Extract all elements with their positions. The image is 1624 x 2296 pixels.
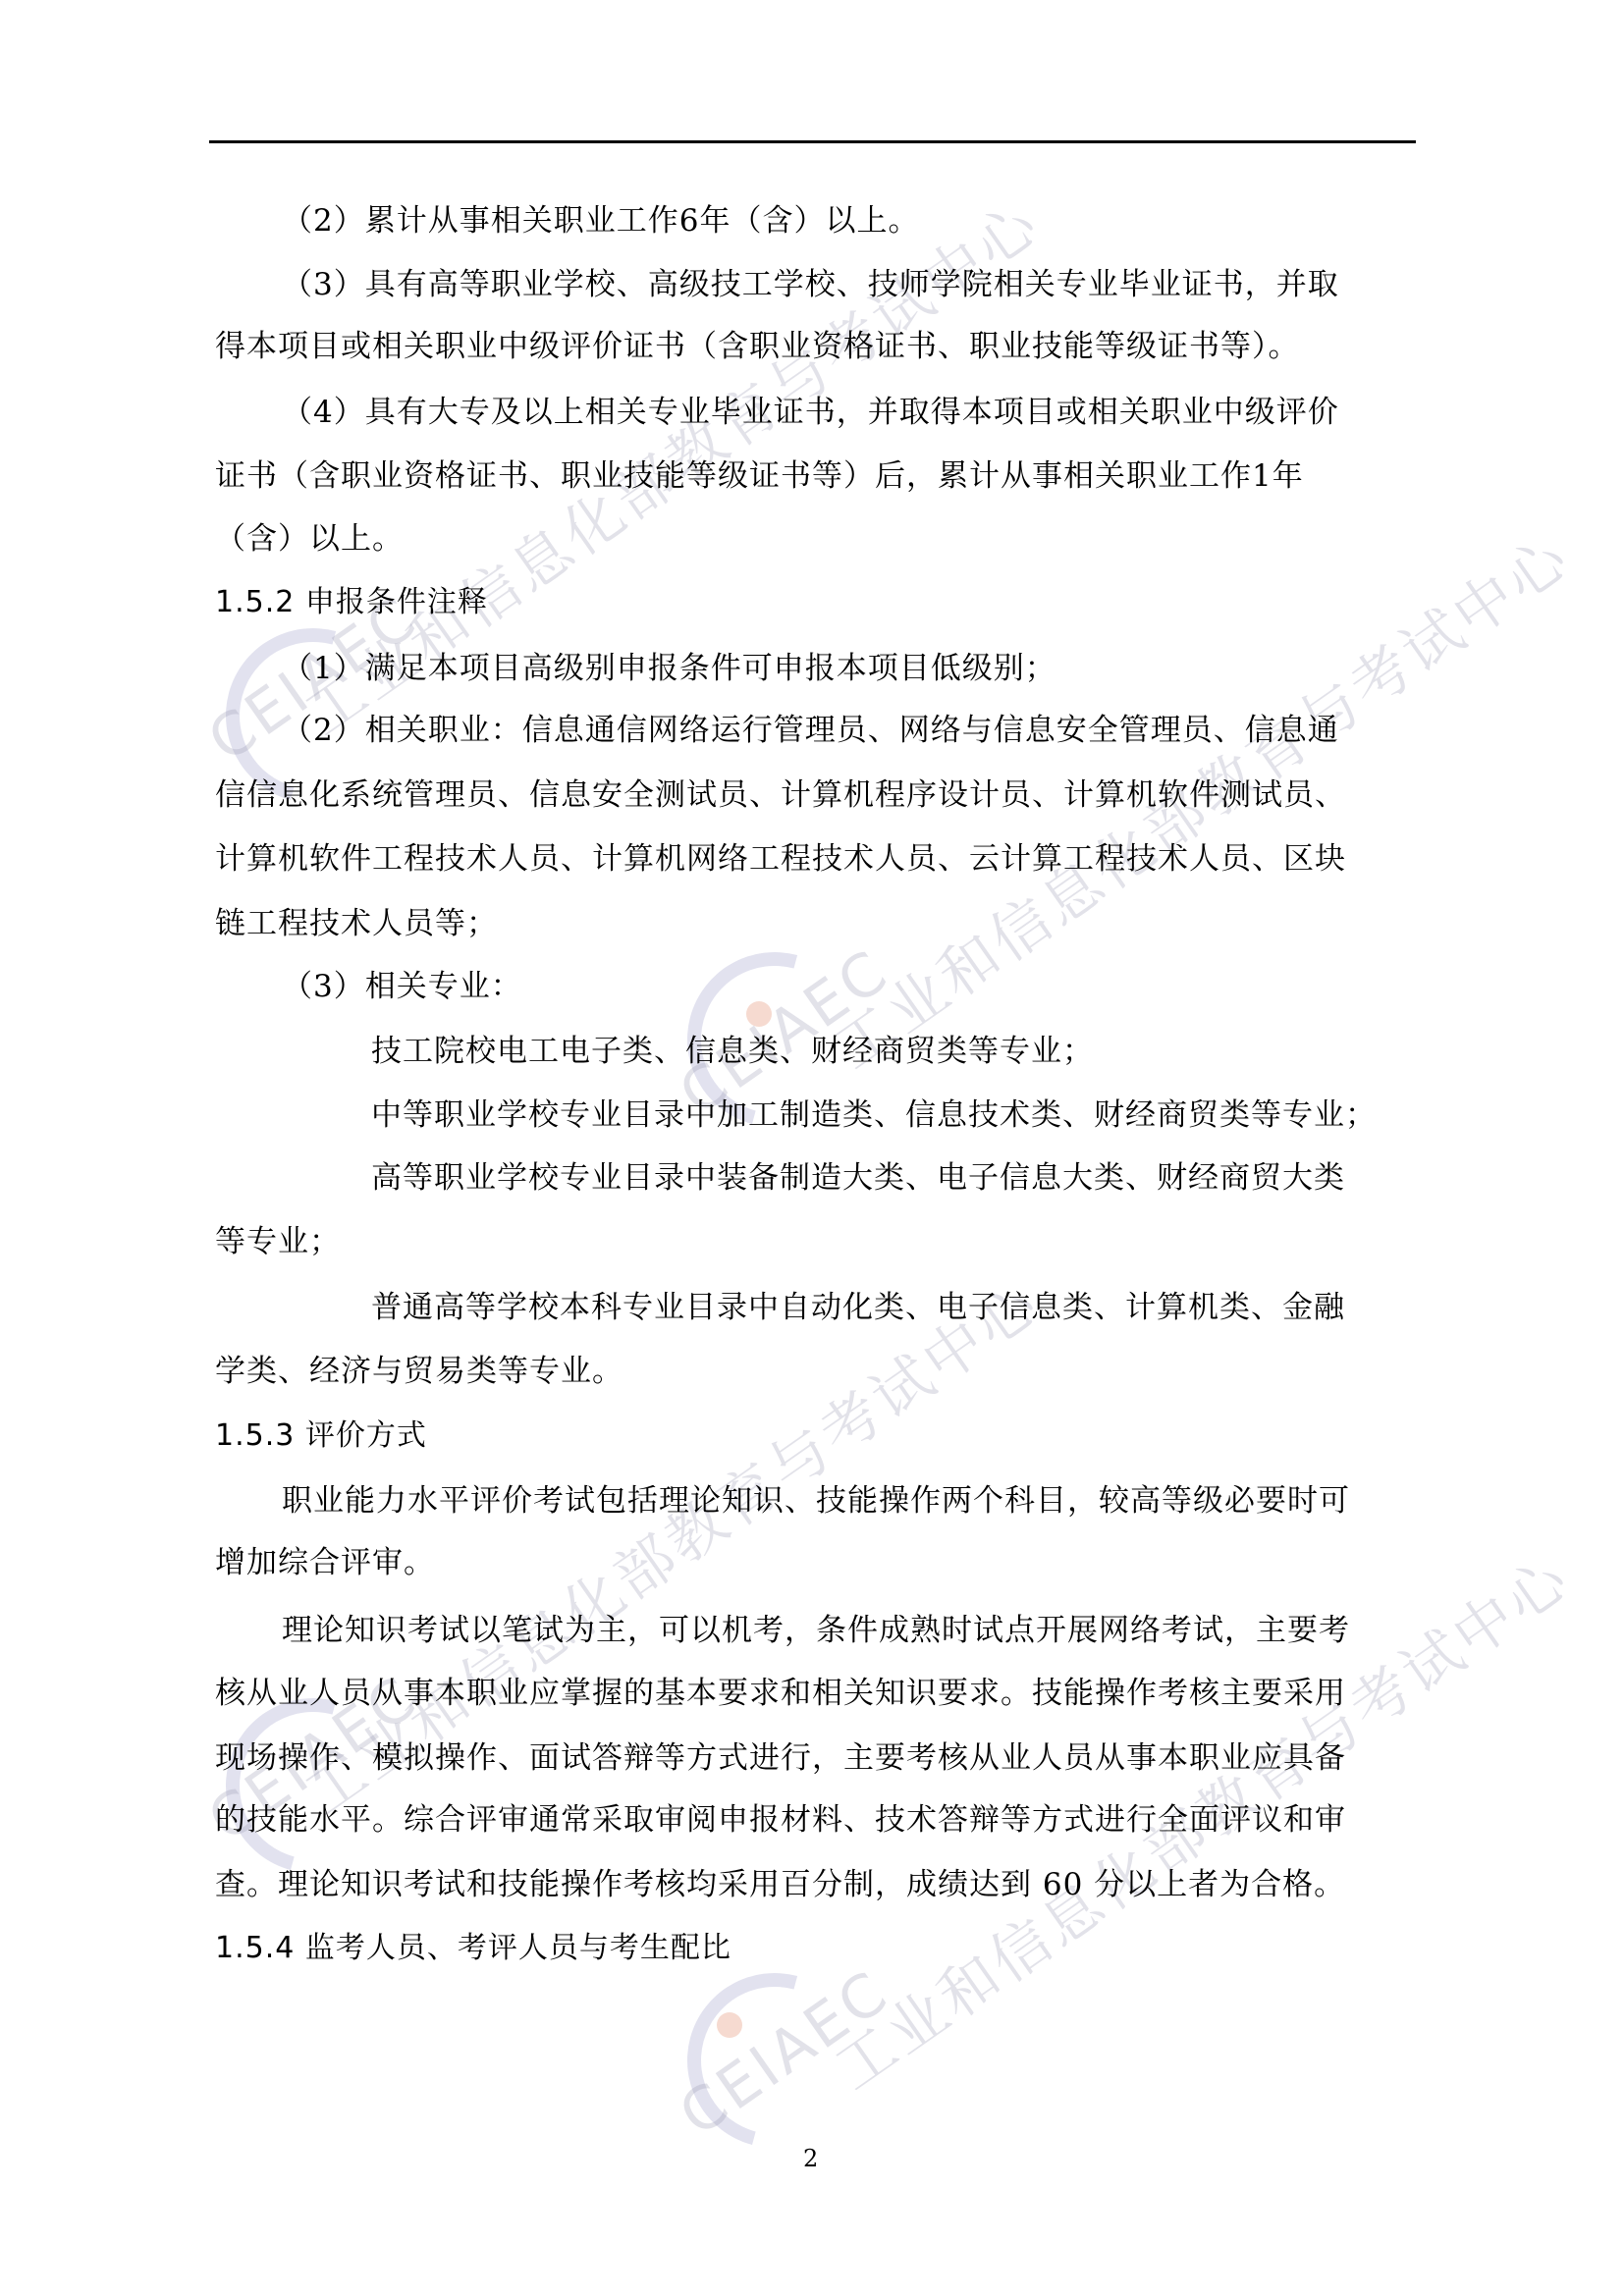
list-item-continued: 信信息化系统管理员、信息安全测试员、计算机程序设计员、计算机软件测试员、 <box>215 775 1346 815</box>
watermark-logo-dot <box>717 2012 742 2038</box>
section-heading: 1.5.2 申报条件注释 <box>215 583 488 622</box>
paragraph-continued: 增加综合评审。 <box>215 1543 435 1582</box>
watermark-logo-swoosh <box>655 1941 893 2179</box>
list-item-continued: （含）以上。 <box>215 519 404 559</box>
sub-list-item: 中等职业学校专业目录中加工制造类、信息技术类、财经商贸类等专业； <box>371 1095 1377 1135</box>
list-item: （3）相关专业： <box>282 967 522 1006</box>
section-heading: 1.5.4 监考人员、考评人员与考生配比 <box>215 1929 731 1968</box>
list-item: （2）相关职业：信息通信网络运行管理员、网络与信息安全管理员、信息通 <box>282 711 1339 750</box>
paragraph-continued: 现场操作、模拟操作、面试答辩等方式进行，主要考核从业人员从事本职业应具备 <box>215 1738 1346 1778</box>
sub-list-item: 高等职业学校专业目录中装备制造大类、电子信息大类、财经商贸大类 <box>371 1158 1345 1198</box>
paragraph-continued: 核从业人员从事本职业应掌握的基本要求和相关知识要求。技能操作考核主要采用 <box>215 1674 1346 1713</box>
sub-list-item: 技工院校电工电子类、信息类、财经商贸类等专业； <box>371 1032 1094 1071</box>
section-heading: 1.5.3 评价方式 <box>215 1416 427 1456</box>
list-item-continued: 得本项目或相关职业中级评价证书（含职业资格证书、职业技能等级证书等）。 <box>215 327 1300 366</box>
list-item: （1）满足本项目高级别申报条件可申报本项目低级别； <box>282 649 1056 688</box>
header-rule <box>209 140 1416 143</box>
sub-list-item-continued: 学类、经济与贸易类等专业。 <box>215 1352 623 1391</box>
list-item: （3）具有高等职业学校、高级技工学校、技师学院相关专业毕业证书，并取 <box>282 265 1339 304</box>
list-item-continued: 链工程技术人员等； <box>215 904 498 943</box>
list-item: （2）累计从事相关职业工作6年（含）以上。 <box>282 201 919 240</box>
page-number: 2 <box>803 2145 818 2172</box>
watermark-logo-dot <box>746 1001 772 1027</box>
list-item-continued: 计算机软件工程技术人员、计算机网络工程技术人员、云计算工程技术人员、区块 <box>215 839 1346 879</box>
paragraph-continued: 查。理论知识考试和技能操作考核均采用百分制，成绩达到 60 分以上者为合格。 <box>215 1865 1345 1904</box>
paragraph: 理论知识考试以笔试为主，可以机考，条件成熟时试点开展网络考试，主要考 <box>282 1611 1350 1650</box>
list-item: （4）具有大专及以上相关专业毕业证书，并取得本项目或相关职业中级评价 <box>282 393 1339 432</box>
paragraph-continued: 的技能水平。综合评审通常采取审阅申报材料、技术答辩等方式进行全面评议和审 <box>215 1800 1346 1840</box>
list-item-continued: 证书（含职业资格证书、职业技能等级证书等）后，累计从事相关职业工作1年 <box>215 456 1304 496</box>
watermark-logo-text: CEIAEC <box>668 1957 902 2150</box>
sub-list-item-continued: 等专业； <box>215 1222 341 1261</box>
sub-list-item: 普通高等学校本科专业目录中自动化类、电子信息类、计算机类、金融 <box>371 1288 1345 1327</box>
paragraph: 职业能力水平评价考试包括理论知识、技能操作两个科目，较高等级必要时可 <box>282 1481 1350 1521</box>
